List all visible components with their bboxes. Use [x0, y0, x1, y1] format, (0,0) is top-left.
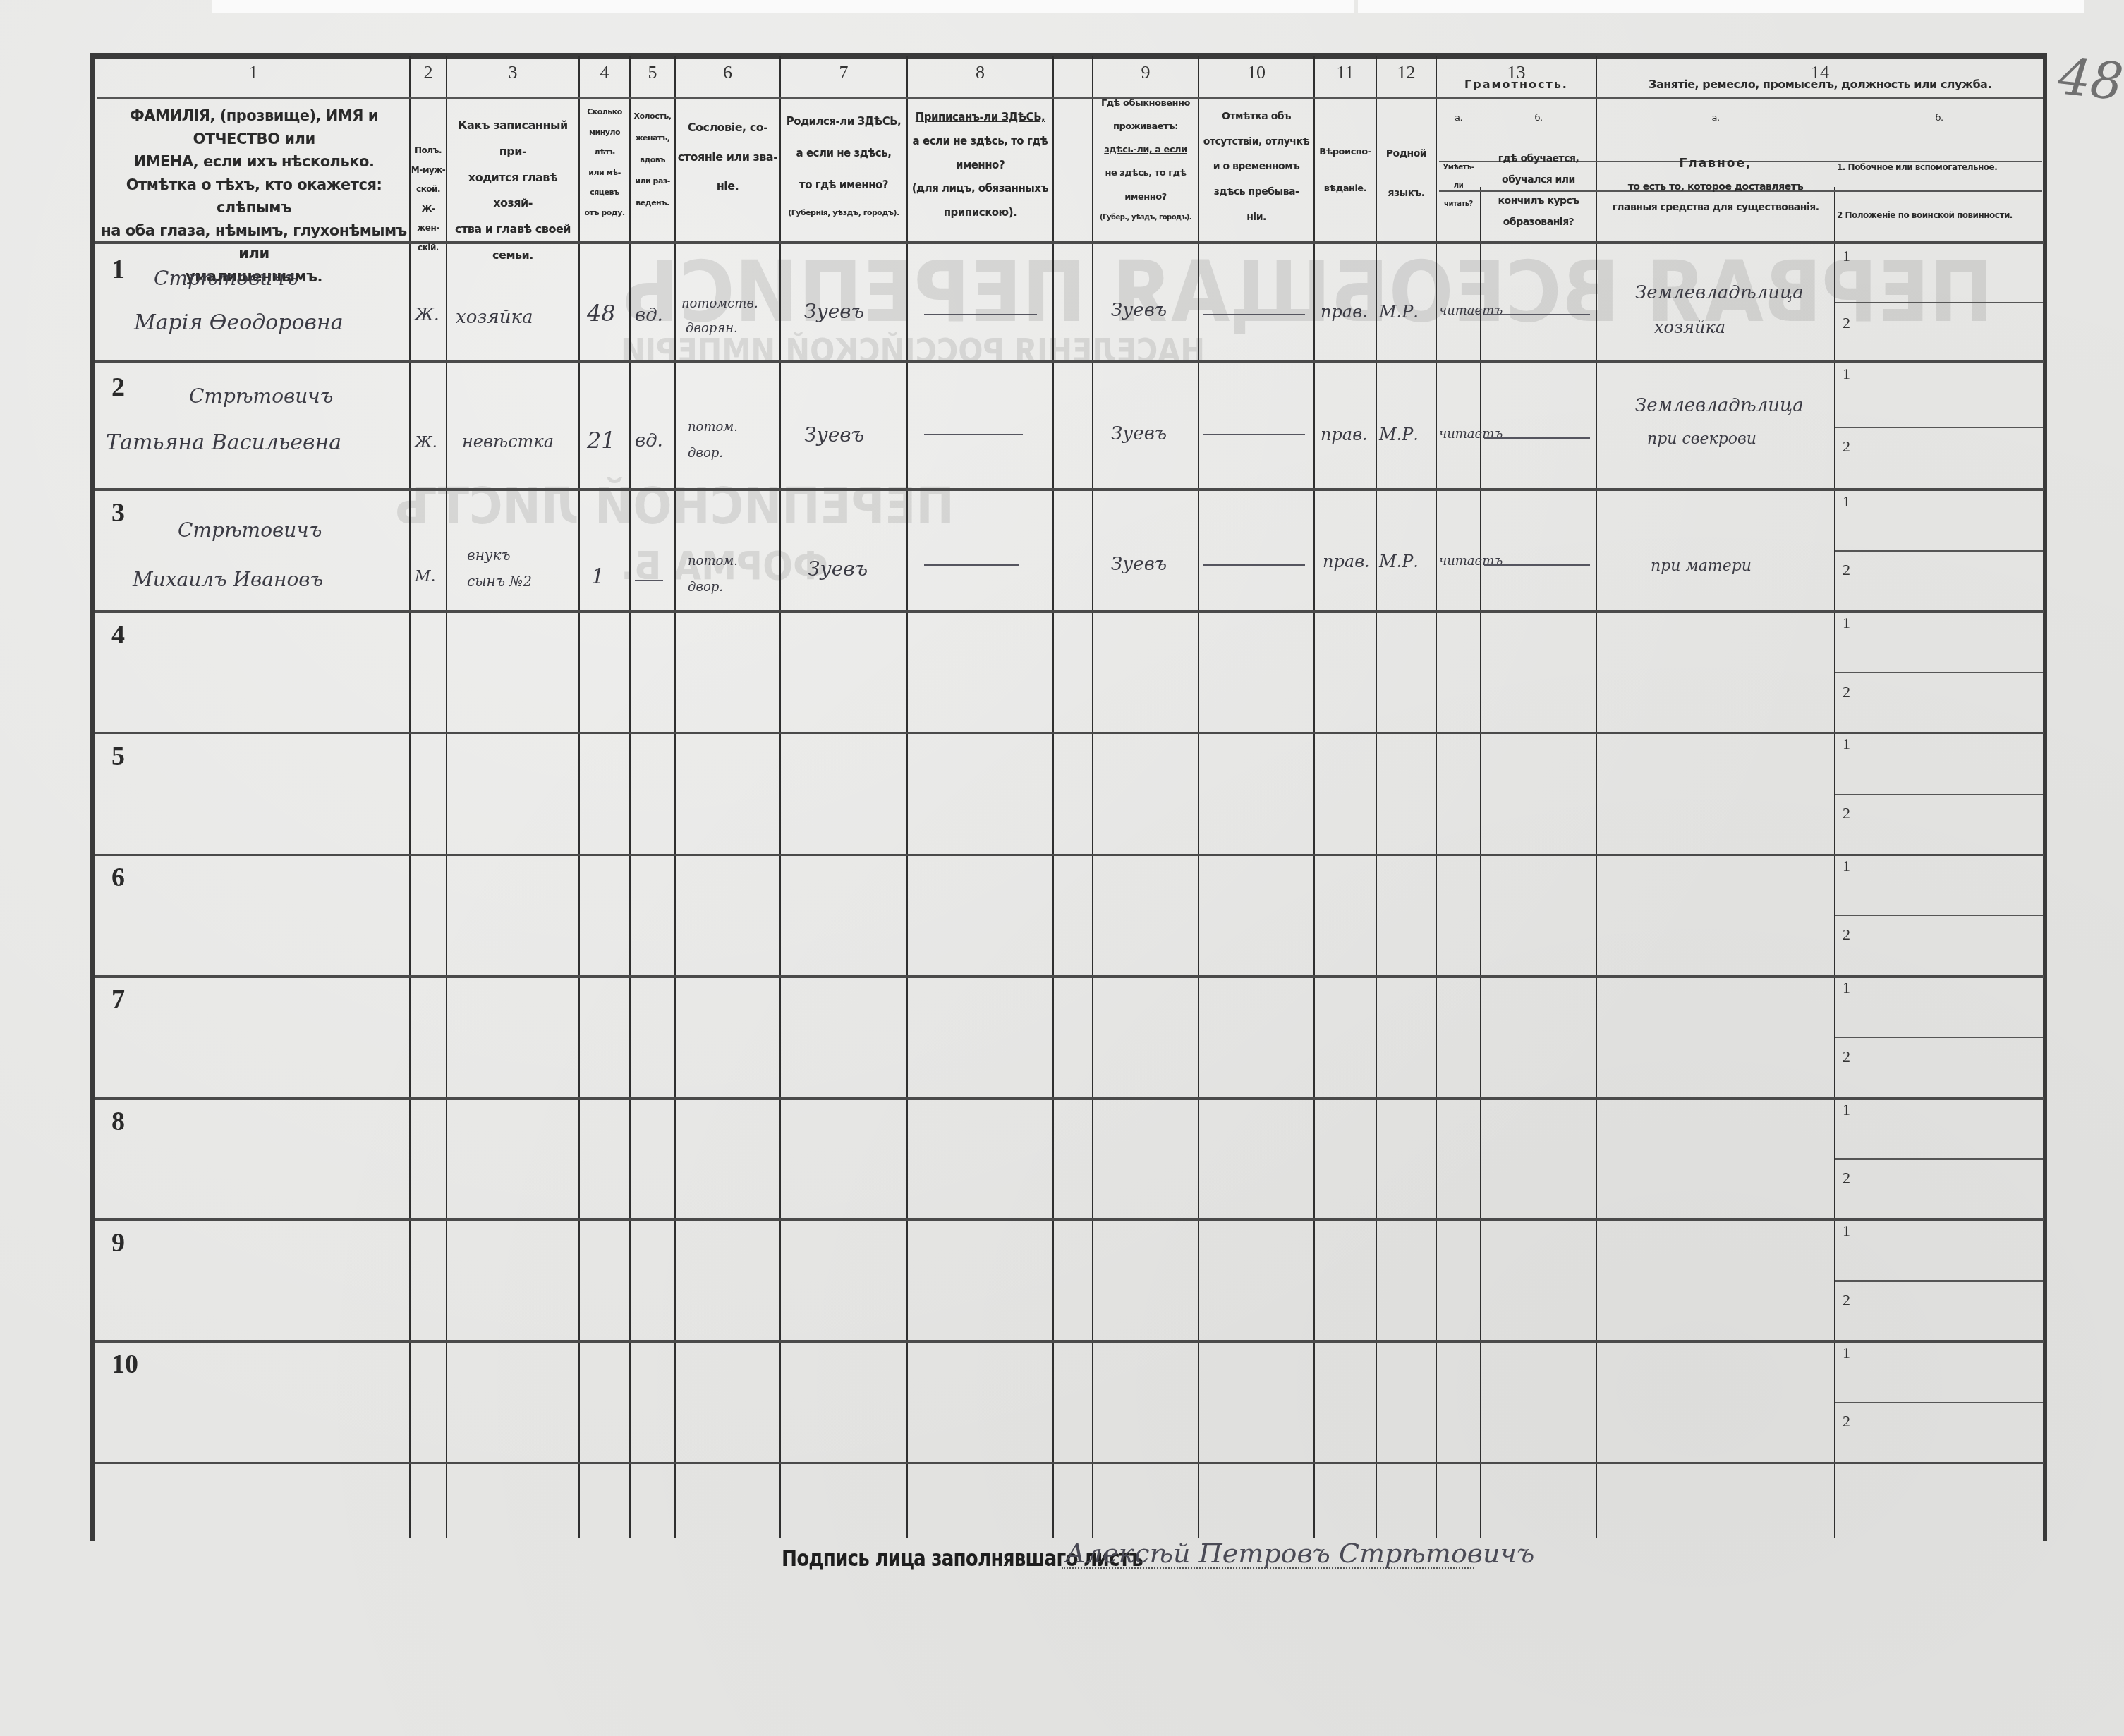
subrow-label: 1 — [1843, 1100, 1850, 1119]
header-col13b-label: б. — [1481, 111, 1596, 126]
col-divider — [906, 56, 908, 1538]
subrow-label: 2 — [1843, 1412, 1850, 1431]
col-divider — [409, 56, 411, 1538]
row-rule — [95, 732, 2044, 734]
row-number: 7 — [111, 984, 125, 1015]
scan-edge — [1358, 0, 2084, 13]
header-col12: Роднойязыкъ. — [1377, 134, 1436, 213]
col-divider — [674, 56, 676, 1538]
header-col14b2: 2 Положеніе по воинской повинности. — [1837, 209, 2043, 222]
row3-estate-2: двор. — [688, 580, 723, 595]
subrow-rule — [1835, 302, 2043, 303]
subrow-label: 2 — [1843, 437, 1850, 456]
col-divider — [1480, 187, 1481, 1538]
subrow-rule — [1835, 1158, 2043, 1160]
row2-education-dash — [1484, 437, 1590, 439]
row-rule — [95, 1340, 2044, 1343]
row-rule — [95, 854, 2044, 856]
header-col14b-label: б. — [1835, 111, 2043, 126]
subrow-label: 2 — [1843, 561, 1850, 579]
row2-estate-1: потом. — [688, 420, 738, 435]
row3-surname: Стрѣтовичъ — [178, 518, 322, 542]
header-col6: Сословіе, со-стояніе или зва-ніе. — [676, 113, 779, 201]
col-divider — [1198, 56, 1199, 1538]
row1-occupation-2: хозяйка — [1654, 317, 1725, 337]
row-rule — [95, 610, 2044, 613]
subrow-label: 2 — [1843, 1048, 1850, 1066]
row2-occupation-1: Землевладѣлица — [1635, 395, 1804, 416]
row3-literacy: читаетъ — [1439, 554, 1503, 569]
subrow-label: 1 — [1843, 857, 1850, 875]
col-divider — [578, 56, 580, 1538]
row1-residence: Зуевъ — [1111, 300, 1167, 321]
col-divider — [1313, 56, 1315, 1538]
subrow-label: 2 — [1843, 925, 1850, 944]
row2-occupation-2: при свекрови — [1647, 430, 1756, 448]
col-number-1: 1 — [97, 62, 409, 83]
col-number-6: 6 — [676, 62, 779, 83]
row-rule — [95, 975, 2044, 978]
header-col5: Холостъ,женатъ,вдовъили раз-веденъ. — [631, 106, 674, 214]
header-col1: ФАМИЛІЯ, (прозвище), ИМЯ и ОТЧЕСТВО илиИ… — [99, 104, 409, 288]
row-number: 4 — [111, 619, 125, 650]
row-number: 9 — [111, 1227, 125, 1258]
row2-relation: невѣстка — [462, 432, 554, 451]
row2-sex: Ж. — [415, 434, 437, 451]
col-divider — [1834, 187, 1835, 1538]
col-number-10: 10 — [1199, 62, 1313, 83]
col-number-7: 7 — [781, 62, 906, 83]
row3-education-dash — [1484, 564, 1590, 566]
row2-surname: Стрѣтовичъ — [189, 384, 333, 408]
subrow-rule — [1835, 915, 2043, 916]
row1-occupation-1: Землевладѣлица — [1635, 282, 1804, 303]
header-col14-title: Занятіе, ремесло, промыселъ, должность и… — [1597, 76, 2043, 94]
row1-education-dash — [1484, 314, 1590, 315]
row-rule — [95, 1218, 2044, 1221]
row-rule — [95, 1097, 2044, 1100]
census-sheet: ПЕРВАЯ ВСЕОБЩАЯ ПЕРЕПИСЬ НАСЕЛЕНІЯ РОССІ… — [0, 0, 2124, 1736]
col-divider — [1596, 56, 1597, 1538]
row3-religion: прав. — [1323, 552, 1370, 571]
row2-estate-2: двор. — [688, 446, 723, 461]
header-col9: Гдѣ обыкновеннопроживаетъ:здѣсь-ли, а ес… — [1093, 92, 1198, 226]
row2-given-name: Татьяна Васильевна — [106, 430, 341, 455]
row1-relation: хозяйка — [456, 307, 533, 328]
row-number: 10 — [111, 1349, 138, 1380]
row-number: 2 — [111, 372, 125, 403]
row1-age: 48 — [587, 300, 616, 327]
col-divider — [1052, 56, 1054, 1538]
row1-language: М.Р. — [1379, 302, 1419, 322]
subrow-label: 1 — [1843, 247, 1850, 265]
row-rule — [95, 488, 2044, 491]
col-number-2: 2 — [411, 62, 446, 83]
subrow-label: 1 — [1843, 1344, 1850, 1362]
row1-literacy: читаетъ — [1439, 303, 1503, 318]
col-number-8: 8 — [908, 62, 1052, 83]
row3-absence-dash — [1203, 564, 1305, 566]
row2-residence: Зуевъ — [1111, 423, 1167, 444]
col-divider — [1092, 56, 1093, 1538]
row1-registered-dash — [924, 314, 1037, 315]
row3-sex: М. — [415, 568, 436, 585]
col-divider — [629, 56, 631, 1538]
col-divider — [1376, 56, 1377, 1538]
row2-age: 21 — [587, 427, 616, 454]
row3-residence: Зуевъ — [1111, 554, 1167, 575]
subrow-label: 1 — [1843, 735, 1850, 753]
subrow-label: 1 — [1843, 978, 1850, 997]
row2-marital: вд. — [635, 430, 663, 451]
header-col10: Отмѣтка объотсутствіи, отлучкѣи о времен… — [1199, 104, 1313, 230]
col-divider — [446, 56, 447, 1538]
scan-edge — [212, 0, 1354, 13]
row1-estate-2: дворян. — [686, 321, 738, 336]
row2-literacy: читаетъ — [1439, 427, 1503, 442]
row3-age: 1 — [591, 564, 605, 589]
subrow-rule — [1835, 1280, 2043, 1282]
subrow-rule — [1835, 672, 2043, 673]
subrow-rule — [1835, 427, 2043, 428]
row1-birthplace: Зуевъ — [804, 300, 864, 323]
row-rule — [95, 1462, 2044, 1464]
row-rule — [95, 360, 2044, 363]
row2-language: М.Р. — [1379, 425, 1419, 444]
col-number-11: 11 — [1315, 62, 1376, 83]
header-col11: Вѣроиспо-вѣданіе. — [1315, 134, 1376, 207]
row3-estate-1: потом. — [688, 554, 738, 569]
col-number-9: 9 — [1093, 62, 1198, 83]
row2-absence-dash — [1203, 434, 1305, 435]
subrow-label: 2 — [1843, 1291, 1850, 1309]
subrow-rule — [1835, 550, 2043, 552]
row-number: 8 — [111, 1106, 125, 1137]
row3-given-name: Михаилъ Ивановъ — [133, 568, 323, 591]
row3-birthplace: Зуевъ — [808, 557, 868, 581]
header-col14a-label: а. — [1597, 111, 1834, 126]
row2-religion: прав. — [1321, 425, 1368, 444]
header-col13a: Умѣетъ-личитать? — [1437, 159, 1480, 214]
header-col14b1: 1. Побочное или вспомогательное. — [1837, 161, 2043, 174]
subrow-label: 2 — [1843, 1169, 1850, 1187]
row1-given-name: Марія Өеодоровна — [134, 310, 344, 335]
col-divider — [779, 56, 781, 1538]
header-col4: Сколькоминулолѣтъили мѣ-сяцевъотъ роду. — [580, 102, 629, 224]
header-col13a-label: а. — [1437, 111, 1480, 126]
row3-registered-dash — [924, 564, 1019, 566]
subrow-rule — [1835, 794, 2043, 795]
col-number-4: 4 — [580, 62, 629, 83]
col-divider — [1436, 56, 1437, 1538]
header-col13-title: Грамотность. — [1437, 76, 1596, 94]
header-col2: Полъ.М-муж-ской.Ж-жен-скій. — [411, 141, 446, 258]
subrow-rule — [1835, 1402, 2043, 1403]
col-number-3: 3 — [447, 62, 578, 83]
subrow-label: 1 — [1843, 614, 1850, 632]
subrow-label: 1 — [1843, 492, 1850, 511]
subrow-label: 1 — [1843, 365, 1850, 383]
row3-marital-dash — [635, 580, 663, 581]
header-col8: Приписанъ-ли ЗДѢСЬ,а если не здѣсь, то г… — [908, 106, 1052, 225]
header-col7: Родился-ли ЗДѢСЬ,а если не здѣсь,то гдѣ … — [781, 106, 906, 224]
row2-birthplace: Зуевъ — [804, 423, 864, 447]
page-number: 48 — [2056, 46, 2124, 111]
header-col13b: гдѣ обучается,обучался иликончилъ курсъо… — [1481, 148, 1596, 233]
row1-absence-dash — [1203, 314, 1305, 315]
row1-estate-1: потомств. — [681, 296, 758, 311]
row3-language: М.Р. — [1379, 552, 1419, 571]
subrow-label: 2 — [1843, 314, 1850, 332]
row-number: 6 — [111, 862, 125, 893]
subrow-label: 2 — [1843, 683, 1850, 701]
signature-value: Алексѣй Петровъ Стрѣтовичъ — [1065, 1538, 1534, 1569]
row1-sex: Ж. — [415, 305, 439, 324]
row-number: 3 — [111, 497, 125, 528]
row-number: 1 — [111, 254, 125, 285]
col-number-12: 12 — [1377, 62, 1436, 83]
header-number-rule — [97, 97, 2043, 99]
subrow-rule — [1835, 1037, 2043, 1038]
header-col3: Какъ записанный при-ходится главѣ хозяй-… — [447, 113, 578, 269]
row1-marital: вд. — [635, 305, 663, 326]
col-number-5: 5 — [631, 62, 674, 83]
row-number: 5 — [111, 741, 125, 772]
subrow-label: 2 — [1843, 804, 1850, 823]
row3-occupation-1: при матери — [1651, 557, 1752, 575]
row1-religion: прав. — [1321, 302, 1368, 322]
row3-relation-2: сынъ №2 — [467, 573, 532, 590]
header-col14a: Главное,то есть то, которое доставляетъг… — [1597, 152, 1834, 218]
row1-surname: Стрѣтовичъ — [154, 267, 298, 290]
subrow-label: 1 — [1843, 1222, 1850, 1240]
row2-registered-dash — [924, 434, 1023, 435]
row3-relation-1: внукъ — [467, 547, 511, 564]
